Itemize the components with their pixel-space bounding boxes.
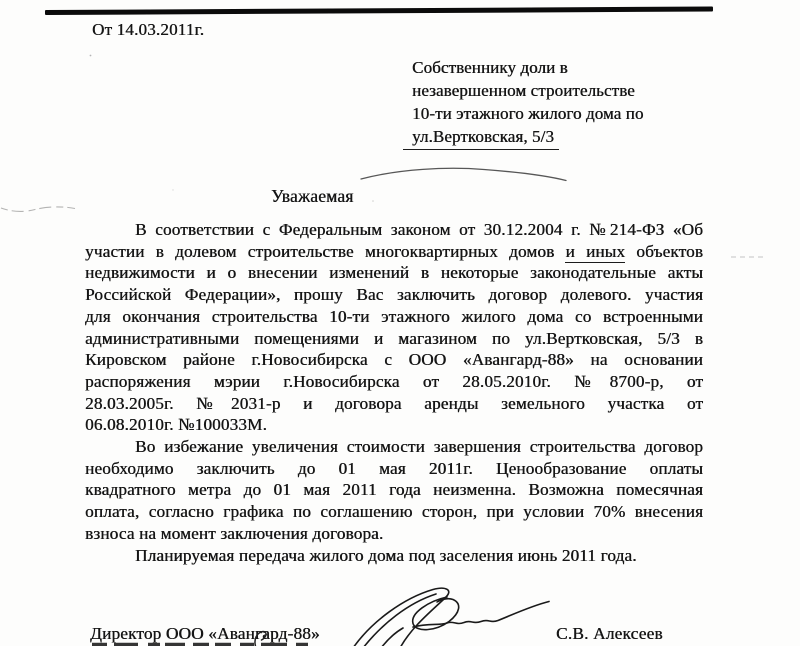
salutation-pen-stroke [361, 168, 566, 180]
body-line: В соответствии с Федеральным законом от … [85, 219, 703, 241]
body-text: участии в долевом строительстве многоква… [85, 242, 565, 261]
body-text: объектов [625, 242, 703, 261]
recipient-line: Собственнику доли в [412, 56, 742, 79]
body-line: участии в долевом строительстве многоква… [85, 241, 703, 263]
date-line: От 14.03.2011г. [92, 20, 204, 40]
recipient-line: незавершенном строительстве [412, 79, 742, 102]
body-line: для окончания строительства 10-ти этажно… [85, 306, 703, 328]
body-line: недвижимости и о внесении изменений в не… [85, 262, 703, 284]
body-line: Российской Федерации», прошу Вас заключи… [85, 284, 703, 306]
body-line: оплата, согласно графика по соглашению с… [85, 501, 703, 523]
recipient-line: ул.Вертковская, 5/3 [412, 125, 742, 150]
body-line: взноса на момент заключения договора. [85, 523, 703, 545]
scanned-letter-page: От 14.03.2011г. Собственнику доли в неза… [0, 0, 800, 646]
recipient-line: 10-ти этажного жилого дома по [412, 102, 742, 125]
letter-body: В соответствии с Федеральным законом от … [85, 219, 703, 566]
salutation: Уважаемая [271, 186, 353, 207]
body-line: 06.08.2010г. №100033М. [85, 414, 703, 436]
underlined-phrase: и иных [565, 242, 625, 263]
scan-top-border [45, 7, 713, 15]
recipient-address-underlined: ул.Вертковская, 5/3 [403, 125, 559, 150]
body-line: Планируемая передача жилого дома под зас… [85, 545, 703, 567]
signoff-name: С.В. Алексеев [556, 624, 663, 644]
recipient-block: Собственнику доли в незавершенном строит… [412, 56, 742, 150]
director-signature [353, 588, 549, 646]
body-line: 28.03.2005г. №2031-р и договора аренды з… [85, 393, 703, 415]
body-line: необходимо заключить до 01 мая 2011г. Це… [85, 458, 703, 480]
body-line: распоряжения мэрии г.Новосибирска от 28.… [85, 371, 703, 393]
body-line: Во избежание увеличения стоимости заверш… [85, 436, 703, 458]
body-line: Кировском районе г.Новосибирска с ООО «А… [85, 349, 703, 371]
body-line: квадратного метра до 01 мая 2011 года не… [85, 479, 703, 501]
signoff-position: Директор ООО «Авангард-88» [90, 624, 320, 644]
body-line: административными помещениями и магазино… [85, 328, 703, 350]
